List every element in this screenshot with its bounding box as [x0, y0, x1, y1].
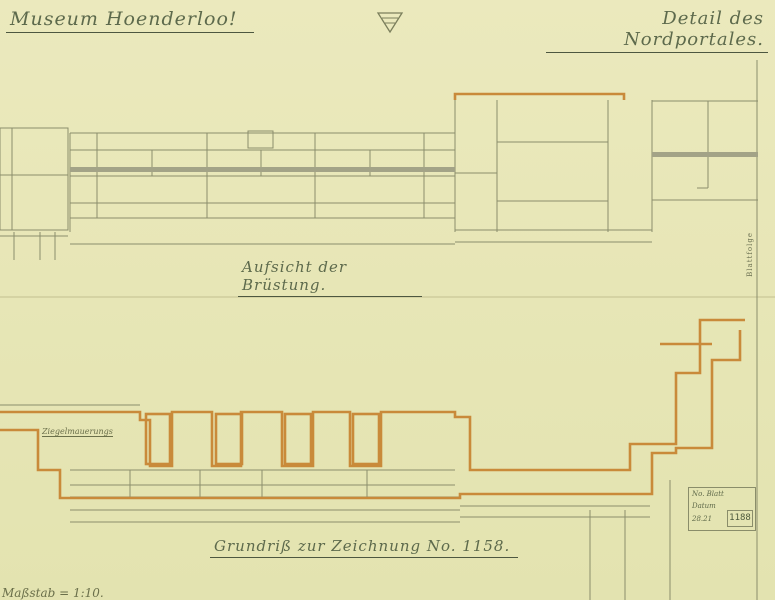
- title-block-row2: Datum: [692, 502, 716, 510]
- technical-drawing: [0, 0, 775, 600]
- elevation-caption: Aufsicht der Brüstung.: [238, 258, 422, 297]
- plan-caption: Grundriß zur Zeichnung No. 1158.: [210, 537, 518, 558]
- coping-band: [70, 167, 455, 172]
- margin-note: Blattfolge: [746, 232, 754, 277]
- plan-wall-outer: [0, 320, 745, 470]
- title-block-row3: 28.21: [692, 515, 712, 523]
- title-block: No. Blatt Datum 28.21 1188: [688, 487, 756, 531]
- drawing-sheet: Museum Hoenderloo! Detail des Nordportal…: [0, 0, 775, 600]
- left-pillar-outline: [0, 128, 68, 230]
- title-block-row1: No. Blatt: [692, 490, 724, 498]
- scale-note: Maßstab = 1:10.: [2, 586, 104, 600]
- sheet-number: 1188: [727, 510, 753, 527]
- portal-top-masonry: [455, 94, 624, 100]
- wall-label: Ziegelmauerungs: [42, 427, 113, 437]
